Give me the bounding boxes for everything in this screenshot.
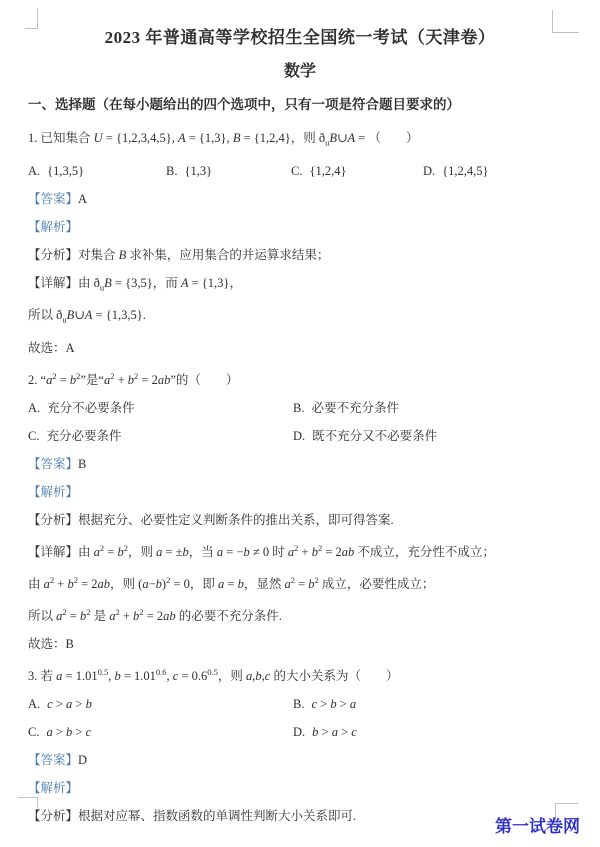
text-run: = 2 [144,609,164,623]
text-run: = − [223,545,243,559]
text-run: B [104,276,112,290]
conclusion-1: 所以 ðuB∪A = {1,3,5}. [28,307,572,329]
exam-title: 2023 年普通高等学校招生全国统一考试（天津卷） [28,26,572,49]
text-run: = 0.6 [178,669,207,683]
option-letter: B. [166,164,177,178]
text-run: 【分析】根据对应幂、指数函数的单调性判断大小关系即可. [28,809,356,823]
text-run: ”是“ [80,373,104,387]
text-run: 充分必要条件 [46,429,121,443]
analysis-1: 【分析】对集合 B 求补集，应用集合的并运算求结果； [28,247,572,264]
text-run: = {1,3} [189,276,230,290]
text-run: ，则 [110,577,138,591]
text-run: ab [158,373,171,387]
option-letter: C. [28,429,39,443]
option-letter: B. [293,697,304,711]
option-letter: B. [293,401,304,415]
text-run: {1,2,4,5} [442,164,488,178]
analysis-label-3: 【解析】 [28,780,572,797]
text-run: + [54,577,67,591]
answer-3: 【答案】D [28,752,572,769]
text-run: A [178,131,186,145]
text-run: + [114,373,127,387]
text-run: = [67,609,80,623]
crop-mark-top-right-icon [552,10,579,33]
question-2-options-ab: A.充分不必要条件B.必要不充分条件 [28,400,572,417]
text-run: {1,2,4} [309,164,346,178]
text-run: 所以 [28,609,56,623]
analysis-label-2: 【解析】 [28,484,572,501]
option-d: D.{1,2,4,5} [423,163,489,180]
option-a: A.c > a > b [28,696,293,713]
option-c: C.充分必要条件 [28,428,293,445]
text-run: . [143,308,146,322]
option-c: C.{1,2,4} [291,163,423,180]
text-run: + [120,609,133,623]
text-run: = [104,545,117,559]
text-run: ∪ [74,308,84,322]
text-run: c [86,725,92,739]
text-run: 故选：A [28,341,75,355]
question-1-options: A.{1,3,5}B.{1,3}C.{1,2,4}D.{1,2,4,5} [28,163,572,180]
analysis-2: 【分析】根据充分、必要性定义判断条件的推出关系，即可得答案. [28,512,572,529]
bracket-tag-label: 【答案】 [28,457,78,471]
bracket-tag-label: 【解析】 [28,220,78,234]
text-run: 的必要不充分条件. [176,609,282,623]
text-run: = {1,3,5} [92,308,142,322]
text-run: 【分析】对集合 [28,248,119,262]
text-run: 1. 已知集合 [28,131,94,145]
bracket-tag-label: 【解析】 [28,485,78,499]
text-run: ”的（ ） [170,373,238,387]
question-1-stem: 1. 已知集合 U = {1,2,3,4,5}, A = {1,3}, B = … [28,130,572,152]
text-run: = {1,3}, [186,131,233,145]
text-run: 时 [272,545,288,559]
text-run: > [317,697,330,711]
option-letter: D. [293,429,305,443]
text-run: ∪ [337,131,347,145]
conclusion-2: 所以 a2 = b2 是 a2 + b2 = 2ab 的必要不充分条件. [28,604,572,625]
text-run: = 2 [322,545,342,559]
text-run: 所以 [28,308,56,322]
text-run: 故选：B [28,637,74,651]
bracket-tag-label: 【答案】 [28,753,78,767]
text-run: = {3,5} [112,276,153,290]
question-2-stem: 2. “a2 = b2”是“a2 + b2 = 2ab”的（ ） [28,368,572,389]
text-run: b [86,697,92,711]
text-run: + [298,545,311,559]
text-run: 2. “ [28,373,46,387]
text-run: 0.5 [207,667,218,677]
text-run: 不成立，充分性不成立； [354,545,495,559]
text-run: = [295,577,308,591]
text-run: ，显然 [244,577,285,591]
choice-2: 故选：B [28,636,572,653]
watermark-site-name: 第一试卷网 [495,812,580,837]
text-run: = [355,131,368,145]
bracket-tag-label: 【答案】 [28,192,78,206]
text-run: = 2 [78,577,98,591]
text-run: = 2 [138,373,158,387]
text-run: B [78,457,86,471]
option-letter: A. [28,697,40,711]
text-run: 必要不充分条件 [311,401,399,415]
text-run: ≠ 0 [250,545,273,559]
text-run: c [351,725,357,739]
question-3-options-ab: A.c > a > bB.c > b > a [28,696,572,713]
text-run: 【详解】由 [28,276,94,290]
text-run: B [329,131,337,145]
text-run: > [72,725,85,739]
option-letter: C. [291,164,302,178]
text-run: ，而 [153,276,181,290]
text-run: {1,3} [184,164,212,178]
text-run: 【详解】由 [28,545,94,559]
question-3-options-cd: C.a > b > cD.b > a > c [28,724,572,741]
text-run: 充分不必要条件 [47,401,135,415]
text-run: 求补集，应用集合的并运算求结果； [126,248,329,262]
text-run: ，则 [128,545,156,559]
text-run: 成立，必要性成立； [319,577,435,591]
text-run: 的大小关系为（ ） [270,669,398,683]
section-header: 一、选择题（在每小题给出的四个选项中，只有一项是符合题目要求的） [28,96,572,114]
option-d: D.b > a > c [293,724,357,741]
crop-mark-top-left-icon [25,8,38,29]
option-letter: A. [28,164,40,178]
text-run: > [338,725,351,739]
text-run: D [78,753,87,767]
option-c: C.a > b > c [28,724,293,741]
option-a: A.充分不必要条件 [28,400,293,417]
bracket-tag-label: 【解析】 [28,781,78,795]
text-run: （ ） [368,131,418,145]
text-run: = [224,577,237,591]
text-run: 3. 若 [28,669,56,683]
option-b: B.{1,3} [166,163,291,180]
analysis-3: 【分析】根据对应幂、指数函数的单调性判断大小关系即可. [28,808,572,825]
option-b: B.必要不充分条件 [293,400,399,417]
analysis-label-1: 【解析】 [28,219,572,236]
text-run: 由 [28,577,44,591]
text-run: ，即 [190,577,218,591]
answer-1: 【答案】A [28,191,572,208]
text-run: A [181,276,189,290]
question-2-options-cd: C.充分必要条件D.既不充分又不必要条件 [28,428,572,445]
text-run: a [350,697,356,711]
text-run: = [57,373,70,387]
text-run: ，则 [218,669,246,683]
detail-2-continued: 由 a2 + b2 = 2ab，则 (a−b)2 = 0，即 a = b，显然 … [28,572,572,593]
text-run: ab [342,545,355,559]
detail-1: 【详解】由 ðuB = {3,5}，而 A = {1,3}， [28,275,572,297]
option-d: D.既不充分又不必要条件 [293,428,437,445]
text-run: ab [98,577,111,591]
crop-mark-bottom-left-icon [18,797,38,810]
text-run: − [149,577,156,591]
document-content: 2023 年普通高等学校招生全国统一考试（天津卷） 数学 一、选择题（在每小题给… [0,0,600,825]
option-a: A.{1,3,5} [28,163,166,180]
text-run: = {1,2,4} [240,131,290,145]
choice-1: 故选：A [28,340,572,357]
text-run: ab [163,609,176,623]
text-run: > [53,697,66,711]
text-run: = 1.01 [62,669,97,683]
text-run: = 1.01 [121,669,156,683]
document-page: 2023 年普通高等学校招生全国统一考试（天津卷） 数学 一、选择题（在每小题给… [0,0,600,847]
text-run: = 0 [170,577,190,591]
question-3-stem: 3. 若 a = 1.010.5, b = 1.010.6, c = 0.60.… [28,664,572,685]
text-run: = ± [162,545,182,559]
option-letter: C. [28,725,39,739]
text-run: 0.5 [98,667,109,677]
option-letter: A. [28,401,40,415]
text-run: U [94,131,103,145]
text-run: 0.6 [156,667,167,677]
text-run: = {1,2,3,4,5}, [103,131,178,145]
text-run: > [53,725,66,739]
text-run: A [78,192,87,206]
text-run: 是 [90,609,109,623]
answer-2: 【答案】B [28,456,572,473]
text-run: 既不充分又不必要条件 [312,429,437,443]
text-run: {1,3,5} [47,164,84,178]
text-run: > [318,725,331,739]
text-run: 【分析】根据充分、必要性定义判断条件的推出关系，即可得答案. [28,513,394,527]
text-run: ，当 [189,545,217,559]
detail-2: 【详解】由 a2 = b2，则 a = ±b，当 a = −b ≠ 0 时 a2… [28,540,572,561]
text-run: > [337,697,350,711]
text-run: > [72,697,85,711]
document-body: 1. 已知集合 U = {1,2,3,4,5}, A = {1,3}, B = … [28,130,572,825]
option-letter: D. [293,725,305,739]
option-b: B.c > b > a [293,696,356,713]
text-run: ， [229,276,242,290]
option-letter: D. [423,164,435,178]
text-run: ，则 [291,131,319,145]
exam-subject: 数学 [28,61,572,82]
